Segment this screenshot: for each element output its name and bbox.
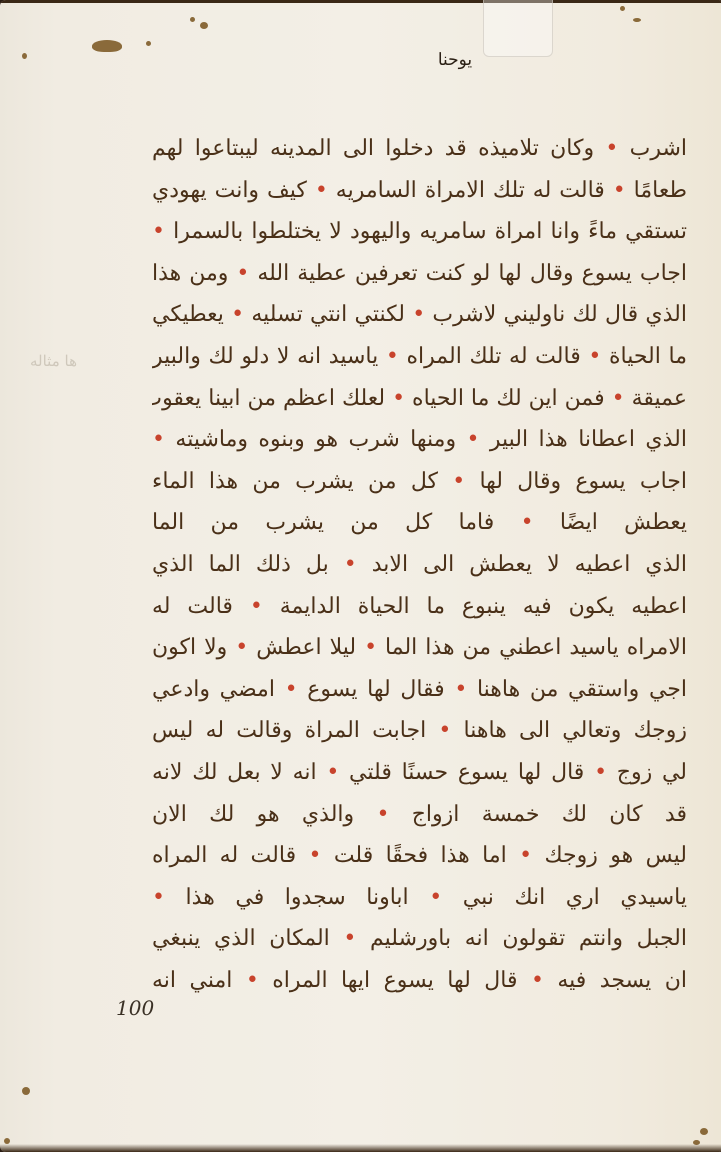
wormhole	[146, 41, 151, 46]
text-line: تستقي ماءً وانا امراة سامريه واليهود لا …	[152, 211, 687, 253]
rubric-mark: •	[152, 427, 165, 452]
text-line: اجاب يسوع وقال لها • كل من يشرب من هذا ا…	[152, 461, 687, 503]
rubric-mark: •	[531, 968, 544, 993]
rubric-mark: •	[152, 219, 165, 244]
running-head: يوحنا	[420, 50, 490, 70]
rubric-mark: •	[343, 926, 356, 951]
wormhole	[92, 40, 122, 52]
rubric-mark: •	[438, 718, 451, 743]
rubric-mark: •	[364, 635, 377, 660]
text-line: زوجك وتعالي الى هاهنا • اجابت المراة وقا…	[152, 710, 687, 752]
text-line: لي زوج • قال لها يسوع حسنًا قلتي • انه ل…	[152, 752, 687, 794]
conservation-tape	[483, 0, 553, 57]
margin-note: ها مثاله	[30, 352, 77, 370]
rubric-mark: •	[392, 386, 405, 411]
wormhole	[200, 22, 208, 29]
rubric-mark: •	[315, 178, 328, 203]
rubric-mark: •	[412, 302, 425, 327]
manuscript-page: يوحنا ها مثاله اشرب • وكان تلاميذه قد دخ…	[0, 0, 721, 1152]
rubric-mark: •	[376, 802, 389, 827]
text-line: الامراه ياسيد اعطني من هذا الما • ليلا ا…	[152, 627, 687, 669]
text-line: الذي اعطانا هذا البير • ومنها شرب هو وبن…	[152, 419, 687, 461]
wormhole	[22, 53, 27, 59]
text-line: ليس هو زوجك • اما هذا فحقًا قلت • قالت ل…	[152, 835, 687, 877]
text-line: الجبل وانتم تقولون انه باورشليم • المكان…	[152, 918, 687, 960]
text-line: اشرب • وكان تلاميذه قد دخلوا الى المدينه…	[152, 128, 687, 170]
rubric-mark: •	[605, 136, 618, 161]
rubric-mark: •	[386, 344, 399, 369]
rubric-mark: •	[152, 885, 165, 910]
wormhole	[4, 1138, 10, 1144]
wormhole	[22, 1087, 30, 1095]
rubric-mark: •	[326, 760, 339, 785]
text-line: عميقة • فمن اين لك ما الحياه • لعلك اعظم…	[152, 378, 687, 420]
rubric-mark: •	[466, 427, 479, 452]
text-line: طعامًا • قالت له تلك الامراة السامريه • …	[152, 170, 687, 212]
text-block: اشرب • وكان تلاميذه قد دخلوا الى المدينه…	[152, 128, 687, 1001]
rubric-mark: •	[344, 552, 357, 577]
rubric-mark: •	[613, 178, 626, 203]
folio-number: 100	[116, 996, 154, 1020]
text-line: ياسيدي اري انك نبي • اباونا سجدوا في هذا…	[152, 877, 687, 919]
rubric-mark: •	[454, 677, 467, 702]
text-line: اجاب يسوع وقال لها لو كنت تعرفين عطية ال…	[152, 253, 687, 295]
wormhole	[693, 1140, 700, 1145]
wormhole	[620, 6, 625, 11]
text-line: قد كان لك خمسة ازواج • والذي هو لك الان	[152, 794, 687, 836]
text-line: ما الحياة • قالت له تلك المراه • ياسيد ا…	[152, 336, 687, 378]
wormhole	[633, 18, 641, 22]
rubric-mark: •	[246, 968, 259, 993]
text-line: اجي واستقي من هاهنا • فقال لها يسوع • ام…	[152, 669, 687, 711]
text-line: اعطيه يكون فيه ينبوع ما الحياة الدايمة •…	[152, 586, 687, 628]
rubric-mark: •	[612, 386, 625, 411]
rubric-mark: •	[588, 344, 601, 369]
rubric-mark: •	[236, 261, 249, 286]
wormhole	[190, 17, 195, 22]
wormhole	[700, 1128, 708, 1135]
rubric-mark: •	[452, 469, 465, 494]
text-line: الذي قال لك ناوليني لاشرب • لكنتي انتي ت…	[152, 294, 687, 336]
rubric-mark: •	[231, 302, 244, 327]
text-line: ان يسجد فيه • قال لها يسوع ايها المراه •…	[152, 960, 687, 1002]
rubric-mark: •	[519, 843, 532, 868]
text-line: يعطش ايضًا • فاما كل من يشرب من الما	[152, 502, 687, 544]
text-line: الذي اعطيه لا يعطش الى الابد • بل ذلك ال…	[152, 544, 687, 586]
rubric-mark: •	[521, 510, 534, 535]
rubric-mark: •	[594, 760, 607, 785]
rubric-mark: •	[429, 885, 442, 910]
rubric-mark: •	[250, 594, 263, 619]
rubric-mark: •	[285, 677, 298, 702]
rubric-mark: •	[308, 843, 321, 868]
rubric-mark: •	[235, 635, 248, 660]
